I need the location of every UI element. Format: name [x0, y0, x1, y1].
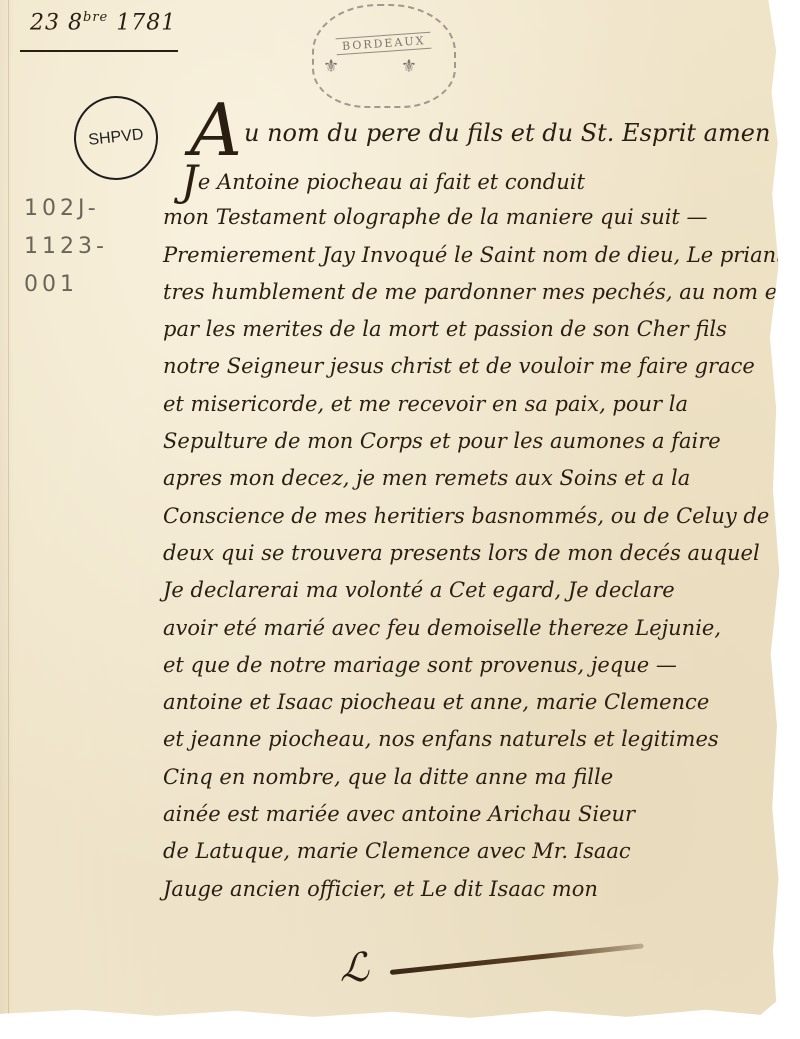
document-date: 23 8bre 1781 [30, 10, 176, 35]
invocation-text: u nom du pere du fils et du St. Esprit a… [244, 119, 770, 147]
text-line: deux qui se trouvera presents lors de mo… [163, 535, 773, 572]
text-line: Cinq en nombre, que la ditte anne ma fil… [163, 759, 773, 796]
text-line: et misericorde, et me recevoir en sa pai… [163, 386, 773, 423]
manuscript-page: 23 8bre 1781 BORDEAUX ⚜ ⚜ SHPVD 102J- 11… [0, 0, 784, 1022]
testament-body: Je Antoine piocheau ai fait et conduit m… [163, 162, 773, 908]
archive-reference-line: 1123- [24, 228, 108, 266]
tax-stamp-city: BORDEAUX [336, 32, 432, 56]
text-line: Premierement Jay Invoqué le Saint nom de… [163, 237, 773, 274]
text-line: mon Testament olographe de la maniere qu… [163, 199, 773, 236]
date-year: 1781 [116, 10, 176, 35]
text-line: notre Seigneur jesus christ et de vouloi… [163, 348, 773, 385]
text-line: de Latuque, marie Clemence avec Mr. Isaa… [163, 833, 773, 870]
date-month-suffix: bre [83, 10, 108, 25]
text-line: Je declarerai ma volonté a Cet egard, Je… [163, 572, 773, 609]
date-day: 23 [30, 10, 60, 35]
text-line: et jeanne piocheau, nos enfans naturels … [163, 721, 773, 758]
tax-stamp-bordeaux: BORDEAUX ⚜ ⚜ [312, 4, 456, 108]
text-line: Conscience de mes heritiers basnommés, o… [163, 498, 773, 535]
fleur-de-lis-icon: ⚜ ⚜ [323, 56, 445, 77]
archive-stamp-text: SHPVD [88, 126, 145, 150]
text-line: tres humblement de me pardonner mes pech… [163, 274, 773, 311]
date-month: 8 [68, 10, 83, 35]
archive-reference-line: 102J- [24, 190, 108, 228]
closing-flourish-line [390, 943, 644, 975]
text-line: avoir eté marié avec feu demoiselle ther… [163, 610, 773, 647]
text-line: Je Antoine piocheau ai fait et conduit [163, 162, 773, 199]
archive-reference: 102J- 1123- 001 [24, 190, 108, 304]
text-line: ainée est mariée avec antoine Arichau Si… [163, 796, 773, 833]
signature-paraph-icon: ℒ [340, 945, 369, 991]
archive-stamp: SHPVD [70, 92, 162, 184]
invocation-heading: Au nom du pere du fils et du St. Esprit … [190, 100, 770, 160]
text-line: Sepulture de mon Corps et pour les aumon… [163, 423, 773, 460]
date-underline [20, 50, 178, 52]
text-line: et que de notre mariage sont provenus, j… [163, 647, 773, 684]
text-line: antoine et Isaac piocheau et anne, marie… [163, 684, 773, 721]
text-line: apres mon decez, je men remets aux Soins… [163, 460, 773, 497]
body-initial: J [181, 156, 198, 205]
text-line: par les merites de la mort et passion de… [163, 311, 773, 348]
archive-reference-line: 001 [24, 266, 108, 304]
text-line: Jauge ancien officier, et Le dit Isaac m… [163, 871, 773, 908]
